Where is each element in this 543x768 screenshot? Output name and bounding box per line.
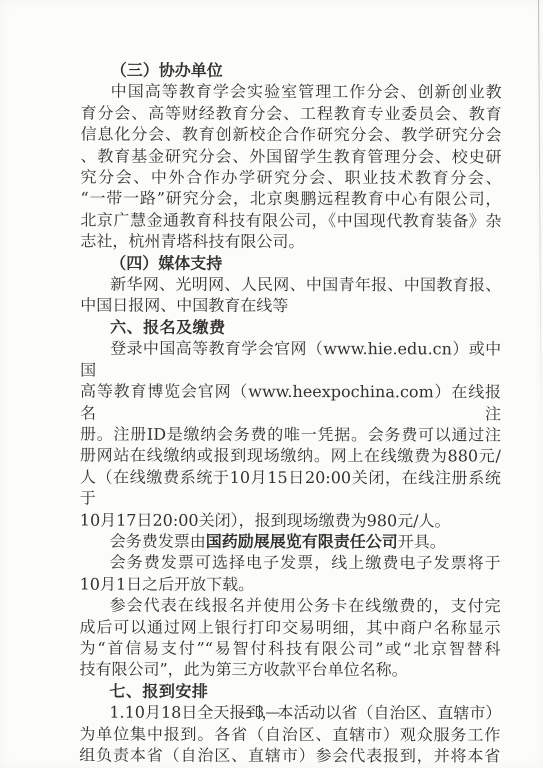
section-heading: 七、报到安排 <box>79 680 500 702</box>
text-segment: 、教育基金研究分会、外国留学生教育管理分会、校史研 <box>81 146 502 166</box>
paragraph-line: 登录中国高等教育学会官网（www.hie.edu.cn）或中国 <box>80 338 501 382</box>
paragraph-line: 会务费发票可选择电子发票，线上缴费电子发票将于 <box>80 552 501 574</box>
text-segment: 新华网、光明网、人民网、中国青年报、中国教育报、 <box>110 275 501 295</box>
paragraph-line: 信息化分会、教育创新校企合作研究分会、教学研究分会 <box>81 124 502 146</box>
paragraph-line: 参会代表在线报名并使用公务卡在线缴费的，支付完 <box>80 595 501 617</box>
paragraph-line: 究分会、中外合作办学研究分会、职业技术教育分会、 <box>80 167 501 189</box>
paragraph-line: 成后可以通过网上银行打印交易明细，其中商户名称显示 <box>80 616 501 638</box>
paragraph-line: 育分会、高等财经教育分会、工程教育专业委员会、教育 <box>81 102 502 124</box>
text-segment: 高等教育博览会官网（www.heexpochina.com）在线报名注 <box>80 382 501 423</box>
paragraph-line: 中国高等教育学会实验室管理工作分会、创新创业教 <box>81 81 502 103</box>
document-body: （三）协办单位中国高等教育学会实验室管理工作分会、创新创业教育分会、高等财经教育… <box>79 60 501 767</box>
paragraph-line: 中国日报网、中国教育在线等 <box>80 295 501 317</box>
text-segment: 信息化分会、教育创新校企合作研究分会、教学研究分会 <box>81 125 502 145</box>
text-segment: 人（在线缴费系统于10月15日20:00关闭，在线注册系统于 <box>80 467 501 507</box>
scanned-document-page: （三）协办单位中国高等教育学会实验室管理工作分会、创新创业教育分会、高等财经教育… <box>0 0 543 768</box>
text-segment: 参会代表在线报名并使用公务卡在线缴费的，支付完 <box>110 596 501 616</box>
paragraph-line: 为“首信易支付”“易智付科技有限公司”或“北京智替科 <box>79 638 500 660</box>
paragraph-line: 会务费发票由国药励展展览有限责任公司开具。 <box>80 530 501 552</box>
text-segment: 志社，杭州青塔科技有限公司。 <box>80 232 304 251</box>
text-segment: 会务费发票可选择电子发票，线上缴费电子发票将于 <box>110 553 501 573</box>
text-segment: 册。注册ID是缴纳会务费的唯一凭据。会务费可以通过注 <box>80 424 501 444</box>
bold-company-name: 国药励展展览有限责任公司 <box>206 532 398 551</box>
paragraph-line: 组负责本省（自治区、直辖市）参会代表报到，并将本省 <box>79 745 500 767</box>
text-segment: 成后可以通过网上银行打印交易明细，其中商户名称显示 <box>80 617 501 637</box>
paragraph-line: “一带一路”研究分会，北京奥鹏远程教育中心有限公司， <box>80 188 501 210</box>
paragraph-line: 、教育基金研究分会、外国留学生教育管理分会、校史研 <box>81 145 502 167</box>
text-segment: “一带一路”研究分会，北京奥鹏远程教育中心有限公司， <box>80 189 501 209</box>
section-heading: （三）协办单位 <box>81 60 502 82</box>
text-segment: 10月17日20:00关闭），报到现场缴费为980元/人。 <box>80 510 451 530</box>
scan-edge-artifact <box>538 0 542 434</box>
paragraph-line: 技有限公司”，此为第三方收款平台单位名称。 <box>79 659 500 681</box>
text-segment: 10月1日之后开放下载。 <box>80 574 255 593</box>
text-segment: 究分会、中外合作办学研究分会、职业技术教育分会、 <box>80 168 501 188</box>
paragraph-line: 为单位集中报到。各省（自治区、直辖市）观众服务工作 <box>79 723 500 745</box>
text-segment: 组负责本省（自治区、直辖市）参会代表报到，并将本省 <box>79 746 500 766</box>
section-heading: 六、报名及缴费 <box>80 316 501 338</box>
text-segment: 中国高等教育学会实验室管理工作分会、创新创业教 <box>111 82 502 102</box>
paragraph-line: 10月17日20:00关闭），报到现场缴费为980元/人。 <box>80 509 501 531</box>
paragraph-line: 10月1日之后开放下载。 <box>80 573 501 595</box>
text-segment: 北京广慧金通教育科技有限公司，《中国现代教育装备》杂 <box>80 210 501 230</box>
paragraph-line: 人（在线缴费系统于10月15日20:00关闭，在线注册系统于 <box>80 466 501 510</box>
text-segment: 会务费发票由 <box>110 532 206 551</box>
text-segment: 技有限公司”，此为第三方收款平台单位名称。 <box>79 660 407 680</box>
text-segment: 登录中国高等教育学会官网（www.hie.edu.cn）或中国 <box>80 339 501 379</box>
paragraph-line: 新华网、光明网、人民网、中国青年报、中国教育报、 <box>80 274 501 296</box>
text-segment: 开具。 <box>398 532 446 551</box>
text-segment: 为“首信易支付”“易智付科技有限公司”或“北京智替科 <box>79 639 500 659</box>
text-segment: 为单位集中报到。各省（自治区、直辖市）观众服务工作 <box>79 724 500 744</box>
section-heading: （四）媒体支持 <box>80 252 501 274</box>
paragraph-line: 北京广慧金通教育科技有限公司，《中国现代教育装备》杂 <box>80 209 501 231</box>
paragraph-line: 册网站在线缴纳或报到现场缴纳。网上在线缴费为880元/ <box>80 445 501 467</box>
text-segment: 册网站在线缴纳或报到现场缴纳。网上在线缴费为880元/ <box>80 446 501 466</box>
text-segment: 中国日报网、中国教育在线等 <box>80 296 288 315</box>
paragraph-line: 志社，杭州青塔科技有限公司。 <box>80 231 501 253</box>
paragraph-line: 册。注册ID是缴纳会务费的唯一凭据。会务费可以通过注 <box>80 423 501 445</box>
paragraph-line: 高等教育博览会官网（www.heexpochina.com）在线报名注 <box>80 381 501 425</box>
text-segment: 育分会、高等财经教育分会、工程教育专业委员会、教育 <box>81 103 502 123</box>
page-number: —3— <box>80 702 440 722</box>
